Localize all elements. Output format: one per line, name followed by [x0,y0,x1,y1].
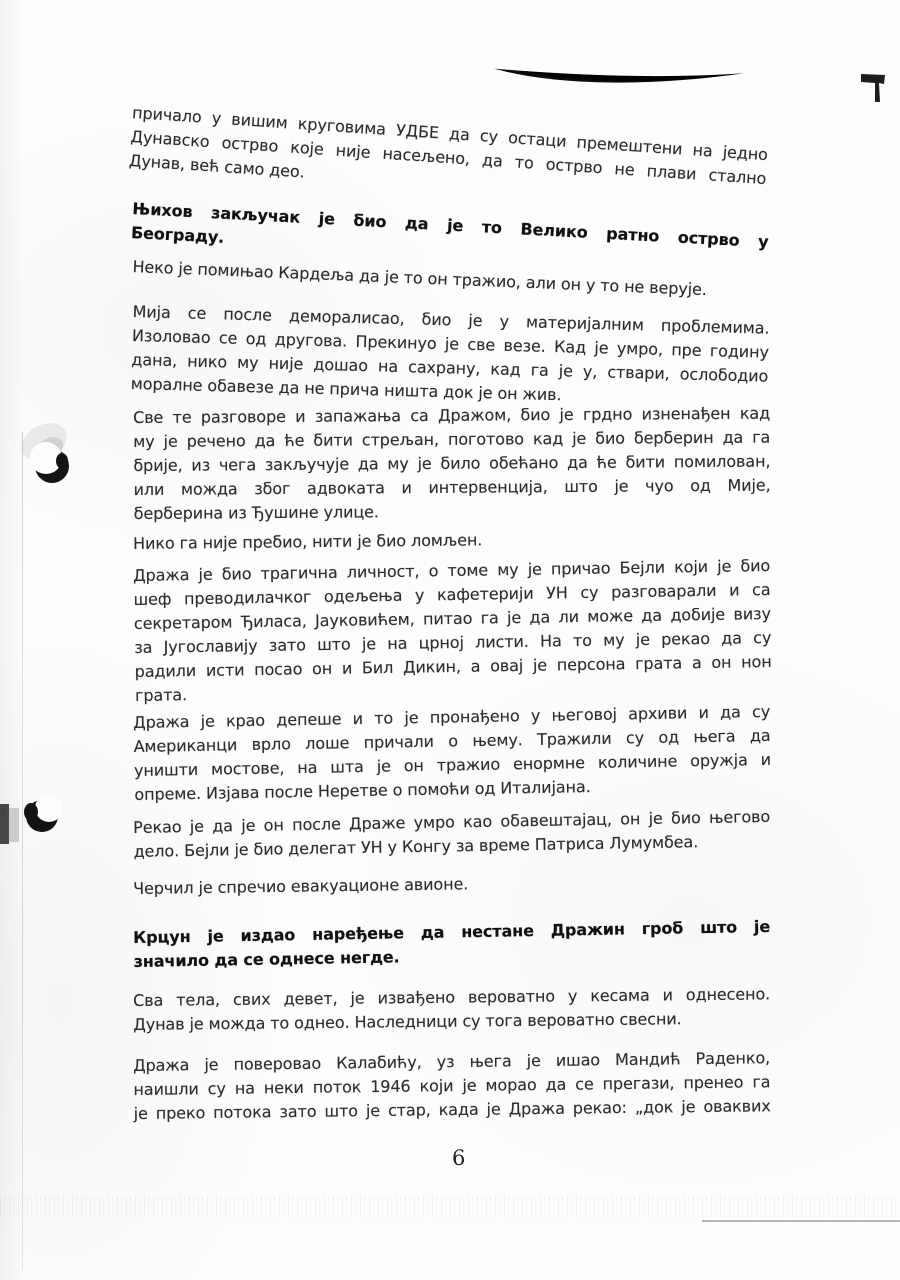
paragraph-mija: Мија се после деморалисао, био је у мате… [130,300,769,413]
paragraph-krcun: Крцун је издао наређење да нестане Дражи… [133,915,771,974]
paragraph-draza-kalabic: Дража је поверовао Калабићу, уз њега је … [133,1046,771,1126]
paragraph-draza-depese: Дража је крао депеше и то је пронађено у… [133,700,772,807]
hole-punch-mark-icon [16,420,86,492]
paragraph-sva-tela: Сва тела, свих девет, је извађено верова… [133,982,770,1037]
corner-fold-mark-icon [858,72,890,106]
paragraph-niko: Нико га није пребио, нити је био ломљен. [133,525,770,556]
text-line: берберина из Ђушине улице. [134,498,771,526]
page-number: 6 [452,1146,465,1170]
paragraph-sve-razgovore: Све те разговоре и запажања са Дражом, б… [133,402,771,526]
scan-edge-line [22,432,23,1270]
text-line: Черчил је спречио евакуационе авионе. [133,868,770,901]
paragraph-draza-tragicna: Дража је био трагична личност, о томе му… [133,554,772,708]
paragraph-cercil: Черчил је спречио евакуационе авионе. [133,868,770,901]
ink-smear-icon [492,61,748,92]
paragraph-rekao: Рекао је да је он после Драже умро као о… [133,805,771,864]
scanned-document-page: причало у вишим круговима УДБЕ да су ост… [0,0,900,1280]
scan-noise-line [702,1220,900,1222]
text-line: или можда због адвоката и интервенција, … [134,474,771,502]
text-line: Нико га није пребио, нити је био ломљен. [133,525,770,556]
scan-noise-band [0,1196,900,1218]
paragraph-prichalo: причало у вишим круговима УДБЕ да су ост… [128,101,768,215]
hole-punch-mark-icon [0,788,80,852]
